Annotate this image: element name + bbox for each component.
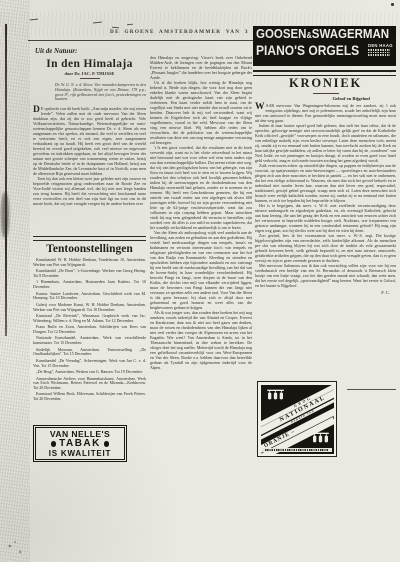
- paragraph: Zoo gezind, lees ik het voornaamste wat …: [255, 233, 396, 263]
- exhibitions-section: Tentoonstellingen Kunsthandel W. H. Hobb…: [33, 236, 146, 423]
- kroniek-body: WAAR mevrouw Van Wageningen-Salomons mij…: [255, 103, 396, 288]
- scan-noise-left: [0, 0, 30, 562]
- article-himalaja: Uit de Natuur: In den Himalaja door Dr. …: [33, 44, 146, 237]
- liquor-label: GROG NATIONAAL BEREID VAN ORANJE – BOOTZ: [261, 385, 334, 454]
- exhibitions-title: Tentoonstellingen: [33, 243, 146, 255]
- ad-slogan: IS KWALITEIT: [38, 449, 122, 458]
- exhibition-entry: Kunstz. Santee Landweer, Amsterdam. Gesc…: [33, 292, 146, 301]
- paragraph: Met mevrouw Salomons zou ik dan ook voor…: [255, 263, 396, 288]
- section-rule: [33, 236, 146, 241]
- exhibition-entry: Kunsthandel „De Veendag”, Scheveningen. …: [33, 359, 146, 368]
- van-nelle-ad: VAN NELLE'S TABAK IS KWALITEIT: [33, 425, 127, 462]
- article-byline: door Dr. JAC. P. THIJSSE: [33, 71, 146, 76]
- dropcap: W: [255, 103, 266, 112]
- paragraph: Uit al die boeken blijkt, hoe weinig de …: [150, 80, 252, 145]
- stray-mark: [127, 24, 133, 26]
- ad-company-name: GOOSEN&SWAGERMAN: [256, 28, 382, 42]
- paragraph: 't Is een groot voordeel, dat die result…: [150, 145, 252, 230]
- speck-cluster: [2, 538, 28, 558]
- exhibition-entry: Kunsthandel „De Bron”, 's-Gravenhage. We…: [33, 269, 146, 278]
- label-caption: [262, 448, 332, 452]
- fine-print-bar: [368, 49, 390, 51]
- paragraph: Van der Sleen als anthropoloog wijdt vee…: [150, 230, 252, 310]
- binding-line: [5, 24, 7, 336]
- kroniek-subtitle: Geloof en Bijgeloof: [255, 96, 396, 101]
- stray-mark: [30, 19, 38, 21]
- paragraph: Zulk vertrouwen echter op onstoffelijke …: [255, 163, 396, 203]
- section-kicker: Uit de Natuur:: [35, 47, 146, 55]
- ad-product: TABAK: [59, 439, 101, 449]
- exhibition-entry: Nationale Kunsthandel, Amsterdam. Werk v…: [33, 336, 146, 345]
- kroniek-title: KRONIEK: [255, 76, 396, 91]
- fine-print-bar: [368, 54, 390, 56]
- rule-fragment: [347, 389, 396, 390]
- article-body-middle: den Himalaja en omgeving: Visser's boek …: [150, 55, 252, 465]
- bullet-dot: [51, 441, 57, 447]
- paragraph: den Himalaja en omgeving: Visser's boek …: [150, 55, 252, 80]
- paragraph: Als ik wat jonger was, dan zouden deze b…: [150, 310, 252, 370]
- van-nelle-ad-inner: VAN NELLE'S TABAK IS KWALITEIT: [35, 427, 125, 460]
- fine-print-bar: [265, 449, 329, 451]
- dropcap: D: [33, 106, 41, 115]
- ad-city: DEN HAAG: [368, 43, 393, 48]
- author-initials: F. C.: [255, 290, 396, 295]
- exhibitions-list: Kunsthandel W. H. Hobbie Denham, Vondels…: [33, 258, 146, 402]
- lead-paragraph: DE opdracht van dit boek luidt: „Aan mij…: [33, 106, 146, 176]
- stray-dot: [391, 3, 394, 6]
- paragraph: Het is te begrijpen, dat mevr. v. W.-S. …: [255, 203, 396, 233]
- lead-paragraph: WAAR mevrouw Van Wageningen-Salomons mij…: [255, 103, 396, 123]
- stray-mark: [93, 22, 102, 24]
- exhibition-entry: Galerij voor Moderne Kunst, W. H. Hobbie…: [33, 303, 146, 312]
- exhibition-entry: Kunsthandel W. H. Hobbie Denham, Vondels…: [33, 258, 146, 267]
- ornament-rule: [80, 78, 100, 79]
- newspaper-page: ’ DE GROENE AMSTERDAMMER VAN 3 DECEMBER …: [0, 0, 400, 562]
- ink-blot: [1, 192, 9, 238]
- paragraph: Indien ik haar laatste opstel goed heb g…: [255, 123, 396, 163]
- ad-products: PIANO'S ORGELS: [256, 42, 359, 58]
- goosen-swagerman-ad: GOOSEN&SWAGERMAN PIANO'S ORGELS DEN HAAG: [253, 26, 396, 66]
- exhibition-entry: 't Binnenhuis, Amsterdam. Houtsneden Jaa…: [33, 280, 146, 289]
- ornament-rule: [313, 93, 339, 94]
- exhibition-entry: Stedelijk Museum, Amsterdam. Tentoonstel…: [33, 348, 146, 357]
- exhibition-entry: Kunstzaal Willem Beck, Hilversum. Schild…: [33, 392, 146, 401]
- article-title: In den Himalaja: [33, 58, 146, 70]
- exhibition-entry: Amsterdamsche Ateliers voor Binnenhuisku…: [33, 377, 146, 391]
- book-credit: Dr. W. G. N. v. d. Sleen: Vier maanden k…: [55, 83, 146, 102]
- paragraph: Toen hij dan ook een kleine twee jaar ge…: [33, 176, 146, 206]
- kroniek-section: KRONIEK Geloof en Bijgeloof WAAR mevrouw…: [255, 76, 396, 378]
- ad-product-line: TABAK: [38, 439, 122, 449]
- bottle-chandelier-icon: [265, 388, 286, 403]
- grog-nationaal-ad: GROG NATIONAAL BEREID VAN ORANJE – BOOTZ: [257, 381, 337, 457]
- exhibition-entry: Kunstzaal „De Rietvink”, Wassenaar. Grap…: [33, 314, 146, 323]
- bullet-dot: [104, 441, 110, 447]
- fine-print-bar: [368, 52, 390, 54]
- exhibition-entry: Frans Buffa en Zoon, Amsterdam. Schilder…: [33, 325, 146, 334]
- exhibition-entry: „De Brug”, Amsterdam. Werken van G. Hans…: [33, 370, 146, 375]
